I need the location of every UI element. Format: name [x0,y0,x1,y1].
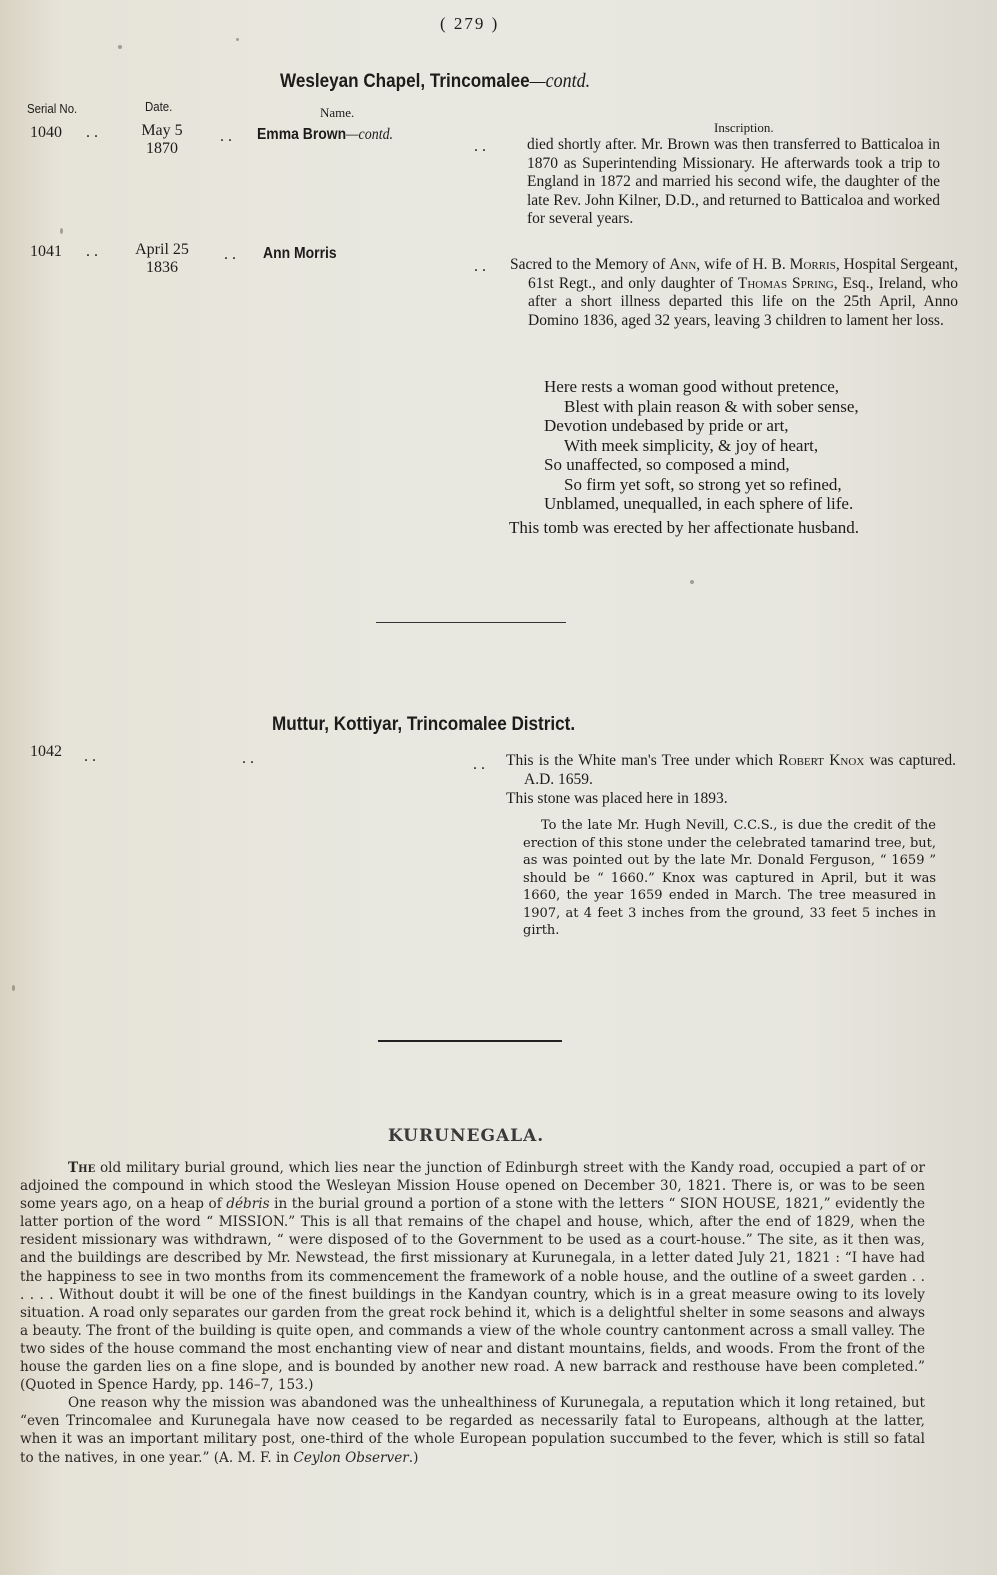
leader-dots: . . [473,756,485,774]
paragraph: The old military burial ground, which li… [20,1159,925,1394]
paper-speck [12,985,15,991]
column-header-inscription: Inscription. [714,120,774,136]
column-header-name: Name. [320,105,354,121]
verse-line: So unaffected, so composed a mind, [544,455,944,475]
entry-footnote: To the late Mr. Hugh Nevill, C.C.S., is … [523,817,936,940]
section-title-contd: —contd. [530,70,590,92]
entry-inscription: This is the White man's Tree under which… [506,752,956,789]
entry-date-year: 1870 [122,140,202,158]
epitaph-verse: Here rests a woman good without pretence… [544,377,944,514]
section-divider [376,622,566,623]
paper-speck [690,580,694,584]
column-header-serial: Serial No. [27,101,77,116]
entry-date-year: 1836 [122,259,202,277]
leader-dots: . . [474,138,486,156]
page-number: ( 279 ) [440,14,499,34]
entry-name: Emma Brown—contd. [257,126,393,144]
entry-serial: 1040 [30,124,62,142]
section-divider [378,1040,562,1042]
entry-name: Ann Morris [263,245,337,263]
leader-dots: . . [474,258,486,276]
entry-date: May 5 1870 [122,122,202,158]
verse-line: So firm yet soft, so strong yet so refin… [544,475,944,495]
section-title-text: Wesleyan Chapel, Trincomalee [280,71,530,92]
leader-dots: . . [84,748,96,766]
leader-dots: . . [86,124,98,142]
entry-serial: 1041 [30,243,62,261]
kurunegala-body: The old military burial ground, which li… [20,1159,925,1467]
entry-inscription: died shortly after. Mr. Brown was then t… [527,136,940,229]
paper-speck [60,228,63,234]
column-header-date: Date. [145,99,172,114]
entry-name-contd: —contd. [346,126,393,143]
entry-serial: 1042 [30,743,62,761]
verse-line: Devotion undebased by pride or art, [544,416,944,436]
paper-speck [236,38,239,41]
paper-speck [118,45,122,49]
section-title-wesleyan: Wesleyan Chapel, Trincomalee—contd. [280,70,590,93]
section-title-kurunegala: KURUNEGALA. [388,1126,544,1146]
leader-dots: . . [224,246,236,264]
epitaph-closing: This tomb was erected by her affectionat… [509,518,949,538]
verse-line: Unblamed, unequalled, in each sphere of … [544,494,944,514]
leader-dots: . . [86,243,98,261]
entry-stone-note: This stone was placed here in 1893. [506,790,938,809]
entry-name-text: Emma Brown [257,126,346,143]
entry-date-day: April 25 [122,241,202,259]
leader-dots: . . [220,128,232,146]
leader-dots: . . [242,750,254,768]
entry-date-day: May 5 [122,122,202,140]
entry-date: April 25 1836 [122,241,202,277]
paragraph: One reason why the mission was abandoned… [20,1394,925,1466]
entry-inscription: Sacred to the Memory of Ann, wife of H. … [510,256,958,330]
verse-line: With meek simplicity, & joy of heart, [544,436,944,456]
verse-line: Blest with plain reason & with sober sen… [544,397,944,417]
section-title-muttur: Muttur, Kottiyar, Trincomalee District. [272,714,575,736]
verse-line: Here rests a woman good without pretence… [544,377,944,397]
